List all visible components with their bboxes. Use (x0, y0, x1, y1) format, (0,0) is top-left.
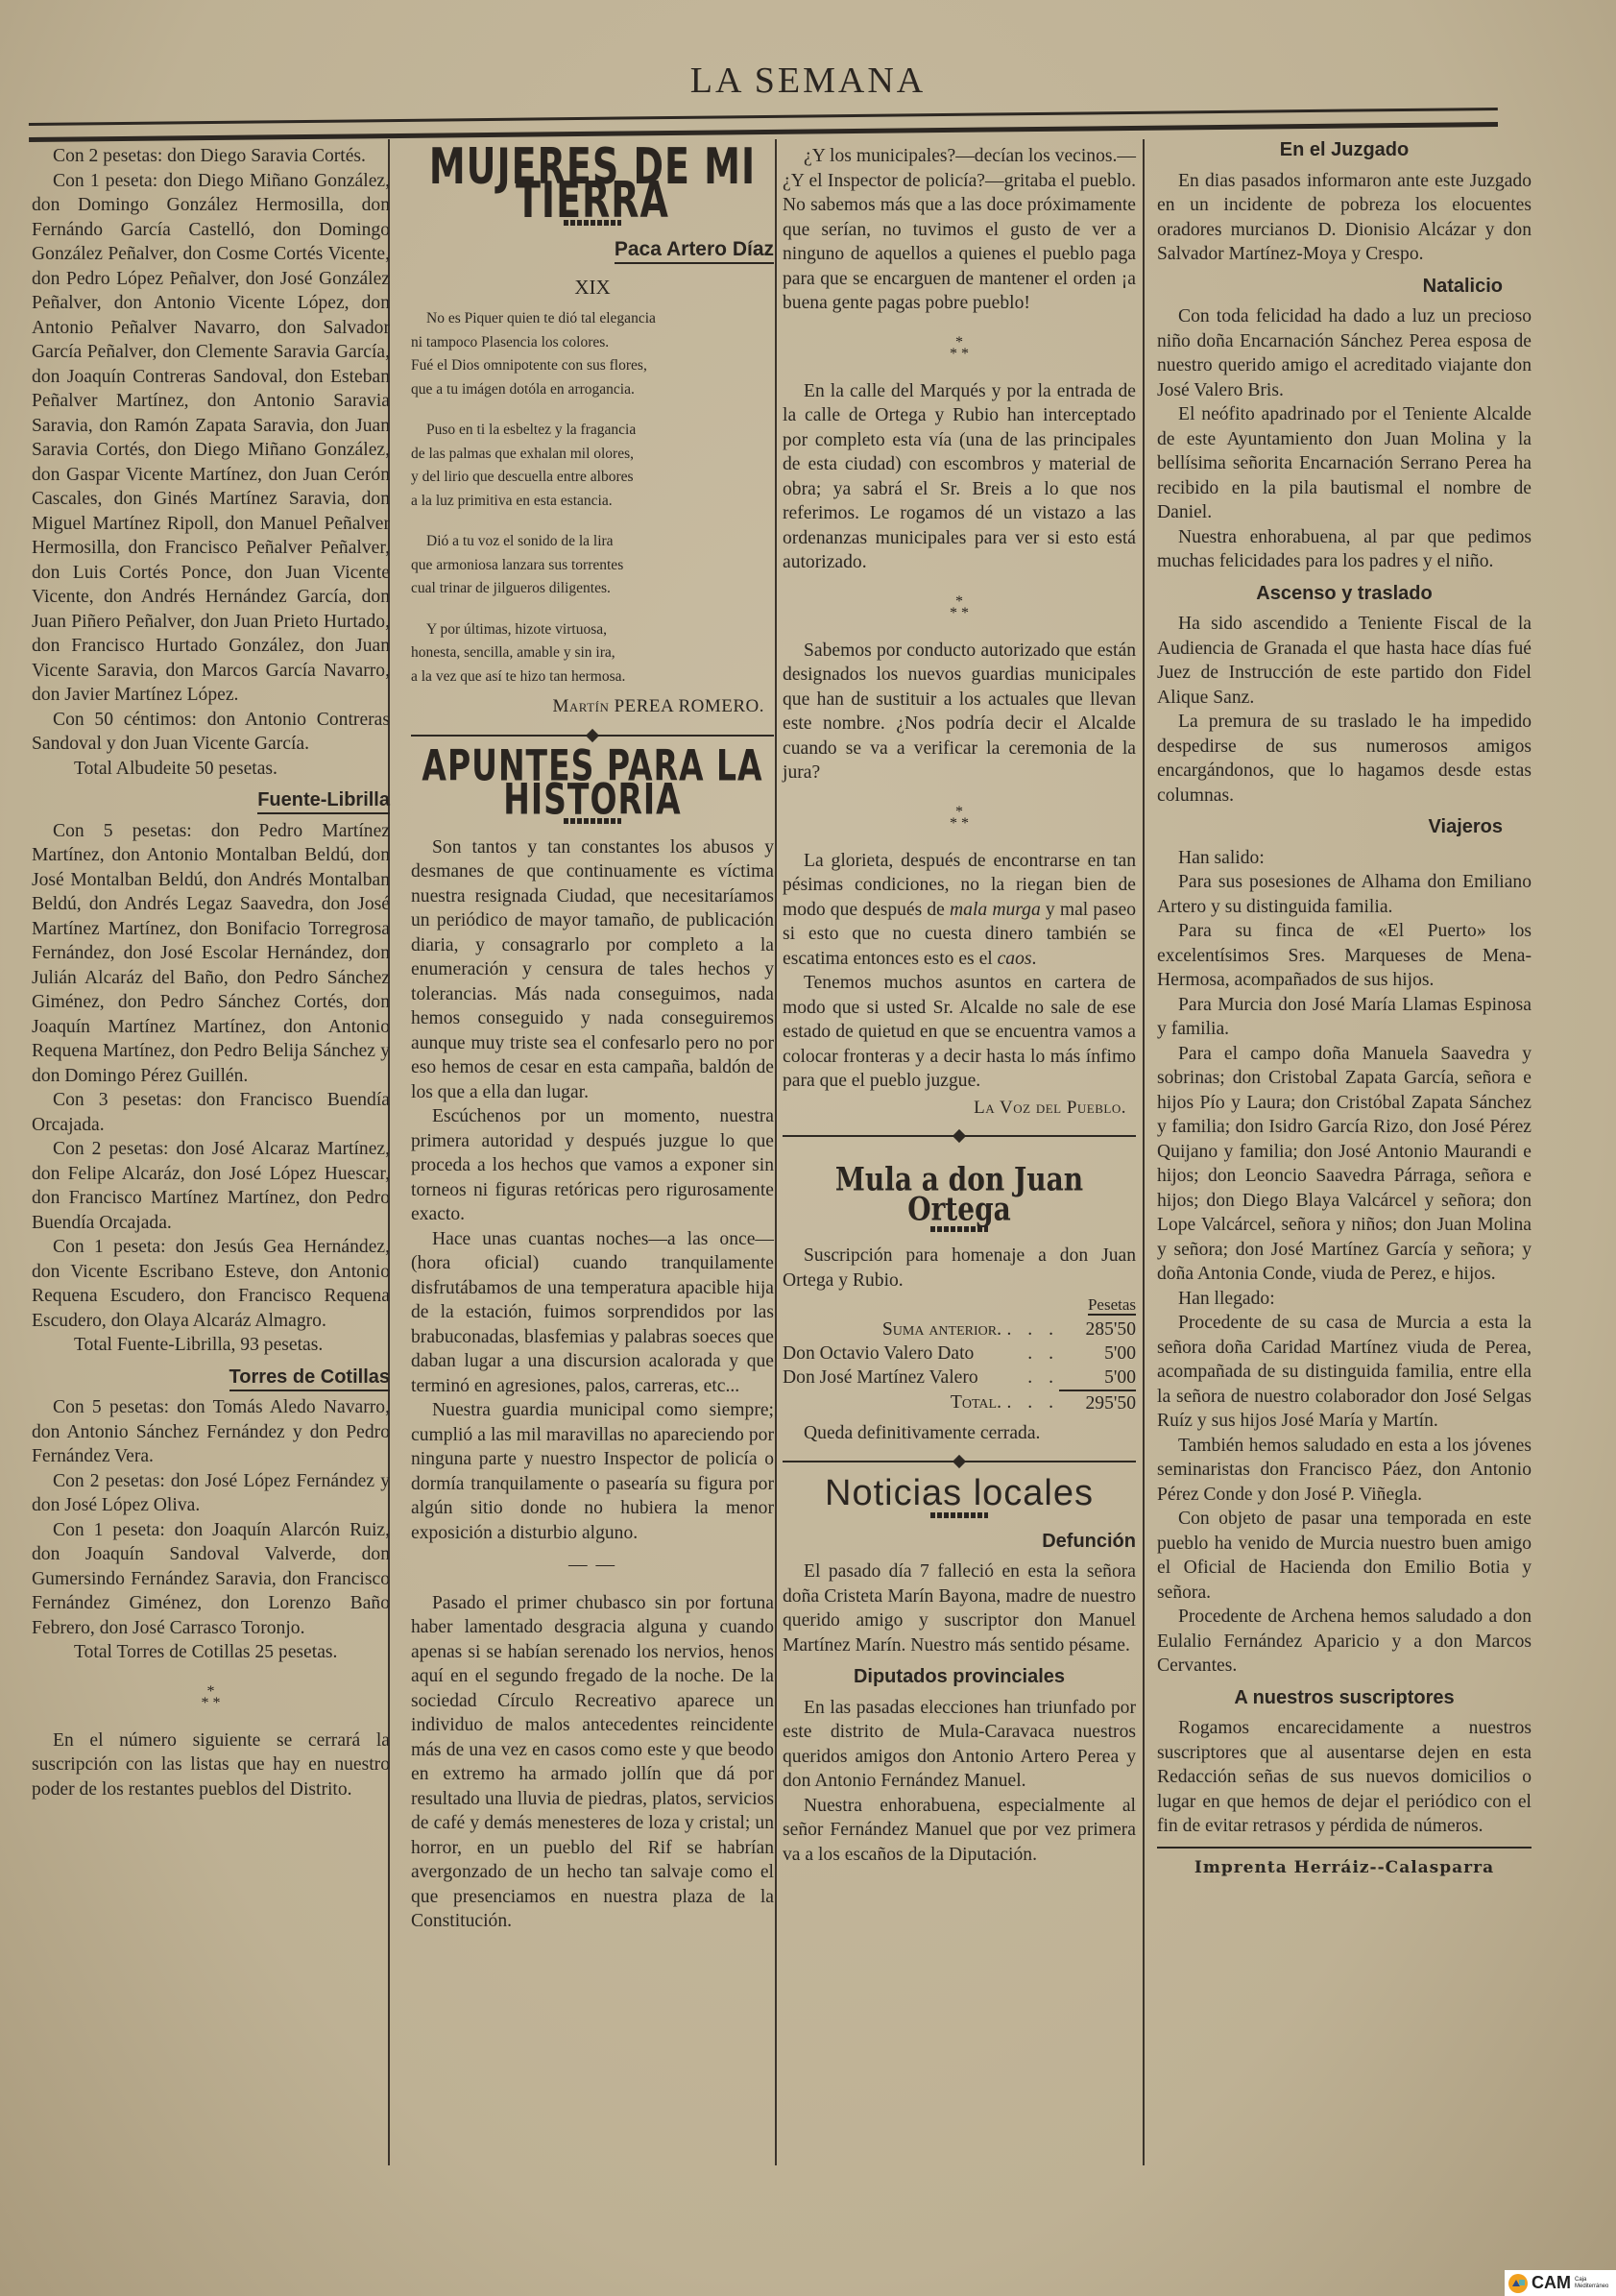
section-heading-viajeros: Viajeros (1157, 815, 1532, 840)
article-paragraph: Pasado el primer chubasco sin por fortun… (411, 1591, 774, 1934)
masthead-title: LA SEMANA (0, 60, 1616, 102)
section-heading-torres-de-cotillas: Torres de Cotillas (32, 1366, 390, 1390)
section-heading-ascenso: Ascenso y traslado (1157, 582, 1532, 607)
poem-author: Martín PEREA ROMERO. (411, 694, 764, 719)
ornamental-rule (783, 1455, 1136, 1468)
torres-entry: Con 1 peseta: don Joaquín Alarcón Ruiz, … (32, 1518, 390, 1641)
column-2: MUJERES DE MI TIERRA Paca Artero Díaz XI… (411, 144, 774, 1934)
article-paragraph: Sabemos por conducto autorizado que está… (783, 639, 1136, 785)
torres-entry: Con 5 pesetas: don Tomás Aledo Navarro, … (32, 1395, 390, 1469)
subscription-ledger: Suma anterior.. . .285'50 Don Octavio Va… (783, 1317, 1136, 1415)
albudeite-entry: Con 50 céntimos: don Antonio Contreras S… (32, 708, 390, 757)
natalicio-paragraph: El neófito apadrinado por el Teniente Al… (1157, 402, 1532, 525)
section-heading-fuente-librilla: Fuente-Librilla (32, 788, 390, 813)
ascenso-paragraph: Ha sido ascendido a Teniente Fiscal de l… (1157, 612, 1532, 710)
mula-intro: Suscripción para homenaje a don Juan Ort… (783, 1244, 1136, 1293)
viajeros-paragraph: También hemos saludado en esta a los jóv… (1157, 1434, 1532, 1508)
ornamental-rule (783, 1129, 1136, 1143)
ledger-row: Don José Martínez Valero. .5'00 (783, 1366, 1136, 1390)
juzgado-paragraph: En dias pasados informaron ante este Juz… (1157, 169, 1532, 267)
albudeite-total: Total Albudeite 50 pesetas. (32, 757, 390, 782)
column-4: En el Juzgado En dias pasados informaron… (1157, 144, 1532, 1880)
fuente-librilla-entry: Con 5 pesetas: don Pedro Martínez Martín… (32, 819, 390, 1089)
article-paragraph: ¿Y los municipales?—decían los vecinos.—… (783, 144, 1136, 316)
torres-total: Total Torres de Cotillas 25 pesetas. (32, 1640, 390, 1665)
article-paragraph: Nuestra guardia municipal como siempre; … (411, 1398, 774, 1545)
section-heading-defuncion: Defunción (783, 1530, 1136, 1555)
viajeros-paragraph: Han llegado: (1157, 1287, 1532, 1312)
viajeros-paragraph: Procedente de su casa de Murcia a esta l… (1157, 1311, 1532, 1434)
defuncion-paragraph: El pasado día 7 falleció en esta la seño… (783, 1559, 1136, 1657)
fuente-librilla-total: Total Fuente-Librilla, 93 pesetas. (32, 1333, 390, 1358)
column-divider (775, 139, 777, 2165)
viajeros-paragraph: Para sus posesiones de Alhama don Emilia… (1157, 870, 1532, 919)
cam-logo-icon (1508, 2274, 1528, 2293)
poem-stanza: No es Piquer quien te dió tal elegancian… (411, 307, 774, 401)
poem-stanza: Puso en ti la esbeltez y la fraganciade … (411, 419, 774, 513)
printer-credit: Imprenta Herráiz--Calasparra (1157, 1847, 1532, 1881)
column-divider (1143, 139, 1145, 2165)
fuente-librilla-entry: Con 3 pesetas: don Francisco Buendía Orc… (32, 1088, 390, 1137)
viajeros-paragraph: Con objeto de pasar una temporada en est… (1157, 1507, 1532, 1605)
ledger-column-header: Pesetas (783, 1293, 1136, 1317)
dash-separator: — — (411, 1553, 774, 1578)
article-signature: La Voz del Pueblo. (783, 1096, 1126, 1121)
ledger-total-row: Total.. . .295'50 (783, 1390, 1136, 1415)
glorieta-paragraph: La glorieta, después de encontrarse en t… (783, 849, 1136, 972)
cam-subtitle: CajaMediterráneo (1575, 2277, 1608, 2290)
column-3: ¿Y los municipales?—decían los vecinos.—… (783, 144, 1136, 1867)
article-paragraph: Tenemos muchos asuntos en cartera de mod… (783, 971, 1136, 1094)
column-1: Con 2 pesetas: don Diego Saravia Cortés.… (32, 144, 390, 1801)
cam-watermark-logo: CAM CajaMediterráneo (1505, 2270, 1616, 2296)
article-title: APUNTES PARA LA HISTORIA (411, 749, 774, 815)
poem-dedication: Paca Artero Díaz (411, 237, 774, 262)
poem-stanza: Y por últimas, hizote virtuosa,honesta, … (411, 618, 774, 689)
poem-stanza: Dió a tu voz el sonido de la liraque arm… (411, 530, 774, 601)
asterism-separator: ** * (783, 596, 1136, 619)
natalicio-paragraph: Nuestra enhorabuena, al par que pedimos … (1157, 525, 1532, 574)
article-paragraph: En la calle del Marqués y por la entrada… (783, 379, 1136, 575)
section-heading-natalicio: Natalicio (1157, 275, 1532, 300)
asterism-separator: ** * (783, 807, 1136, 830)
masthead-rule (29, 108, 1498, 142)
ledger-row: Don Octavio Valero Dato. .5'00 (783, 1341, 1136, 1366)
fuente-librilla-entry: Con 1 peseta: don Jesús Gea Hernández, d… (32, 1235, 390, 1333)
mula-note: Queda definitivamente cerrada. (783, 1421, 1136, 1446)
newspaper-page: LA SEMANA Con 2 pesetas: don Diego Sarav… (0, 0, 1616, 2296)
viajeros-paragraph: Procedente de Archena hemos saludado a d… (1157, 1605, 1532, 1679)
viajeros-paragraph: Para el campo doña Manuela Saavedra y so… (1157, 1042, 1532, 1287)
albudeite-entry: Con 2 pesetas: don Diego Saravia Cortés. (32, 144, 390, 169)
cam-brand: CAM (1532, 2273, 1571, 2293)
article-paragraph: Escúchenos por un momento, nuestra prime… (411, 1104, 774, 1227)
section-heading-diputados: Diputados provinciales (783, 1665, 1136, 1690)
noticias-title: Noticias locales (783, 1482, 1136, 1507)
asterism-separator: ** * (783, 337, 1136, 360)
natalicio-paragraph: Con toda felicidad ha dado a luz un prec… (1157, 304, 1532, 402)
albudeite-entry: Con 1 peseta: don Diego Miñano González,… (32, 169, 390, 708)
viajeros-paragraph: Para su finca de «El Puerto» los excelen… (1157, 919, 1532, 993)
viajeros-paragraph: Para Murcia don José María Llamas Espino… (1157, 993, 1532, 1042)
diputados-paragraph: En las pasadas elecciones han triunfado … (783, 1696, 1136, 1794)
asterism-separator: ** * (32, 1686, 390, 1709)
diputados-paragraph: Nuestra enhorabuena, especialmente al se… (783, 1794, 1136, 1868)
suscriptores-paragraph: Rogamos encarecidamente a nuestros suscr… (1157, 1716, 1532, 1839)
ascenso-paragraph: La premura de su traslado le ha impedido… (1157, 710, 1532, 808)
mula-title: Mula a don Juan Ortega (783, 1165, 1136, 1223)
viajeros-paragraph: Han salido: (1157, 846, 1532, 871)
article-paragraph: Son tantos y tan constantes los abusos y… (411, 835, 774, 1105)
closing-note: En el número siguiente se cerrará la sus… (32, 1728, 390, 1802)
ledger-row: Suma anterior.. . .285'50 (783, 1317, 1136, 1341)
section-heading-juzgado: En el Juzgado (1157, 138, 1532, 163)
section-heading-suscriptores: A nuestros suscriptores (1157, 1686, 1532, 1711)
article-paragraph: Hace unas cuantas noches—a las once—(hor… (411, 1227, 774, 1399)
poem-number: XIX (411, 276, 774, 301)
torres-entry: Con 2 pesetas: don José López Fernández … (32, 1469, 390, 1518)
fuente-librilla-entry: Con 2 pesetas: don José Alcaraz Martínez… (32, 1137, 390, 1235)
poem-title: MUJERES DE MI TIERRA (411, 151, 774, 217)
